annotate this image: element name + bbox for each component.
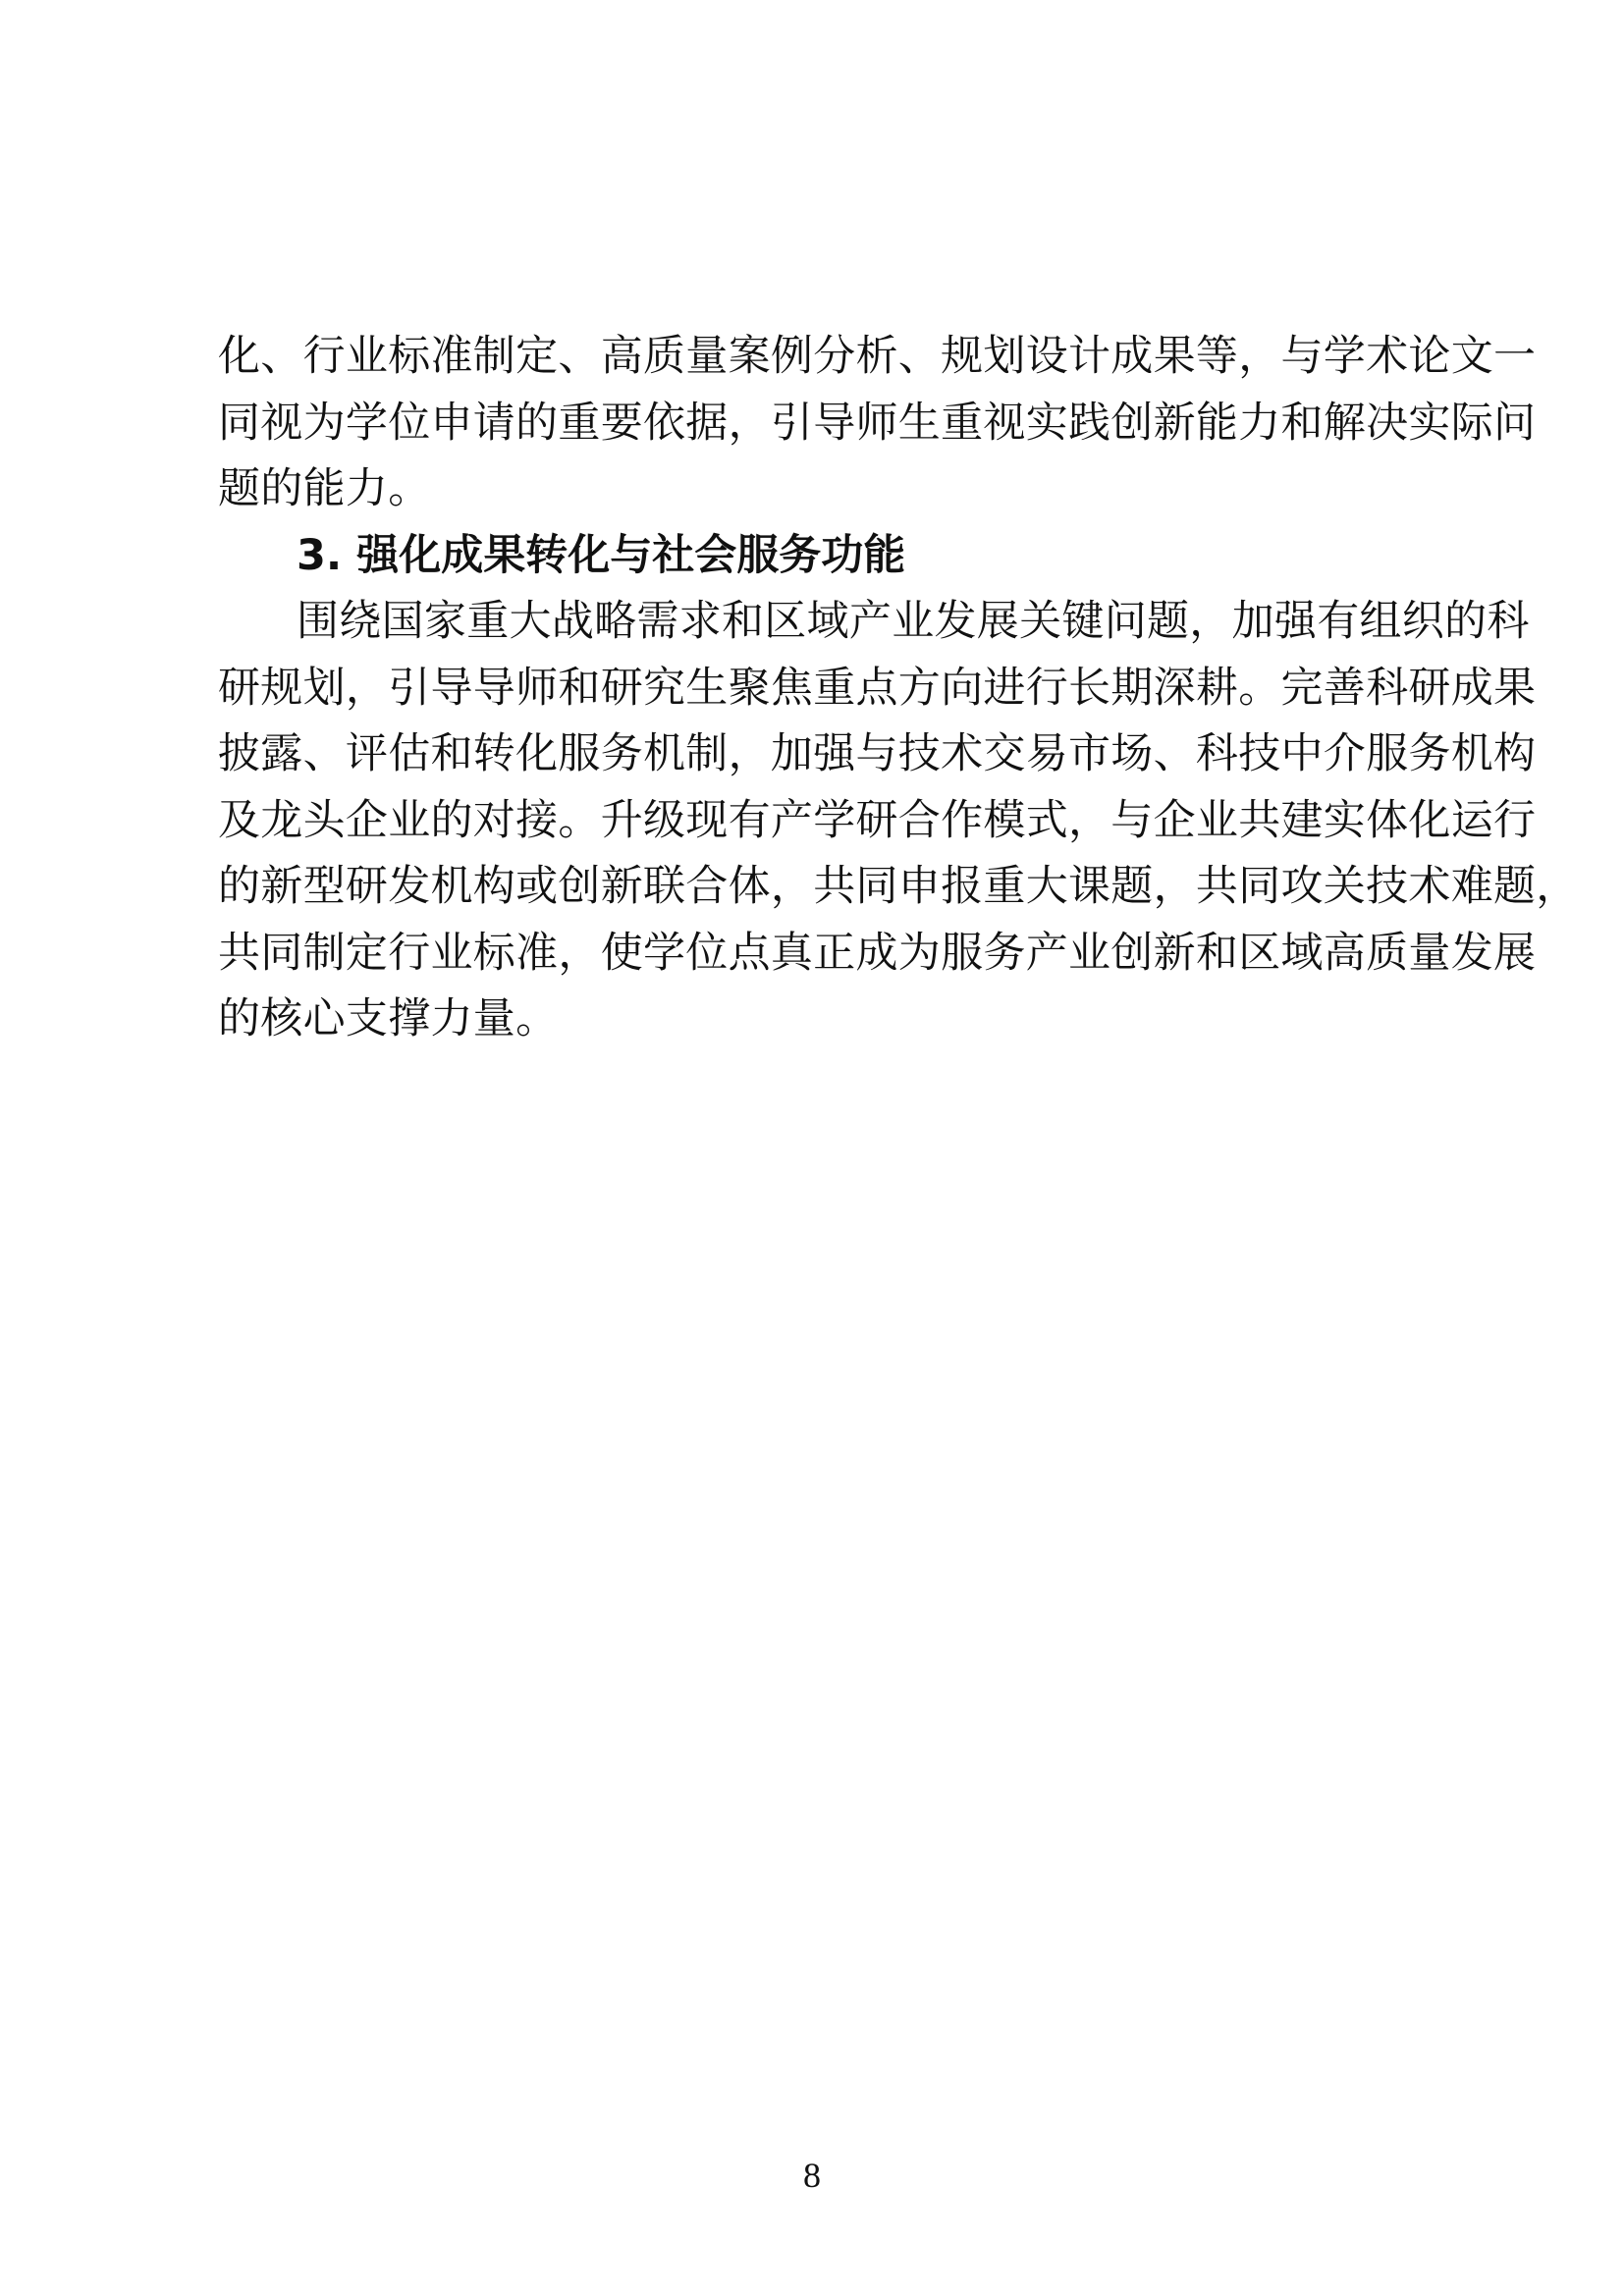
page-body: 化、行业标准制定、高质量案例分析、规划设计成果等，与学术论文一 同视为学位申请的… (218, 324, 1388, 1053)
text-line: 的新型研发机构或创新联合体，共同申报重大课题，共同攻关技术难题， (218, 854, 1388, 921)
text-line: 及龙头企业的对接。升级现有产学研合作模式，与企业共建实体化运行 (218, 788, 1388, 855)
document-page: 化、行业标准制定、高质量案例分析、规划设计成果等，与学术论文一 同视为学位申请的… (0, 0, 1624, 2296)
paragraph: 围绕国家重大战略需求和区域产业发展关键问题，加强有组织的科 研规划，引导导师和研… (218, 589, 1388, 1053)
text-line: 披露、评估和转化服务机制，加强与技术交易市场、科技中介服务机构 (218, 721, 1388, 788)
text-line: 化、行业标准制定、高质量案例分析、规划设计成果等，与学术论文一 (218, 324, 1388, 391)
text-line: 的核心支撑力量。 (218, 987, 1388, 1053)
section-heading: 3. 强化成果转化与社会服务功能 (218, 523, 1388, 590)
page-number: 8 (0, 2155, 1624, 2196)
paragraph-continued: 化、行业标准制定、高质量案例分析、规划设计成果等，与学术论文一 同视为学位申请的… (218, 324, 1388, 523)
text-line: 共同制定行业标准，使学位点真正成为服务产业创新和区域高质量发展 (218, 921, 1388, 988)
text-line: 研规划，引导导师和研究生聚焦重点方向进行长期深耕。完善科研成果 (218, 656, 1388, 722)
text-line: 同视为学位申请的重要依据，引导师生重视实践创新能力和解决实际问 (218, 391, 1388, 457)
text-line: 题的能力。 (218, 456, 1388, 523)
text-line: 围绕国家重大战略需求和区域产业发展关键问题，加强有组织的科 (218, 589, 1388, 656)
